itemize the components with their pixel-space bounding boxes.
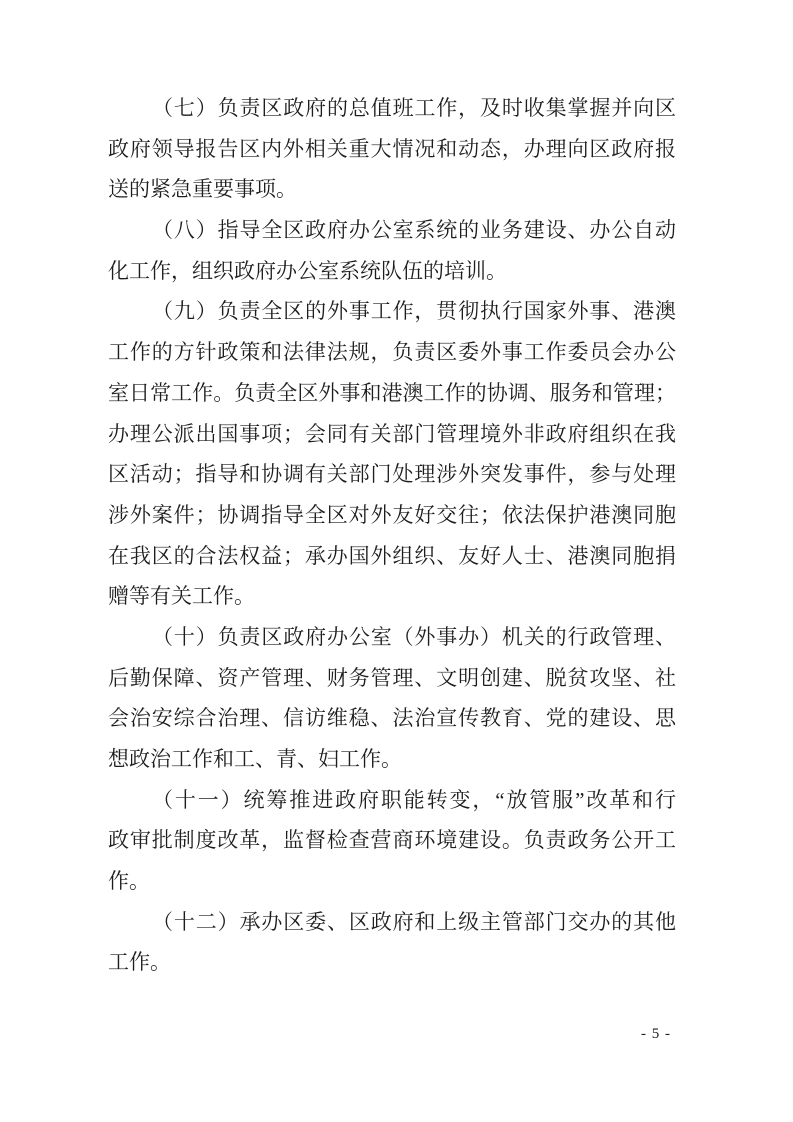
text-line: 作。: [108, 861, 676, 902]
text-line: 室日常工作。负责全区外事和港澳工作的协调、服务和管理；: [108, 373, 676, 414]
text-line: 送的紧急重要事项。: [108, 169, 676, 210]
page-number: - 5 -: [641, 1024, 671, 1044]
text-line: （十一）统筹推进政府职能转变，“放管服”改革和行: [108, 780, 676, 821]
text-line: 化工作，组织政府办公室系统队伍的培训。: [108, 251, 676, 292]
document-page: （七）负责区政府的总值班工作，及时收集掌握并向区 政府领导报告区内外相关重大情况…: [0, 0, 793, 1122]
text-line: （七）负责区政府的总值班工作，及时收集掌握并向区: [108, 88, 676, 129]
text-line: 区活动；指导和协调有关部门处理涉外突发事件，参与处理: [108, 454, 676, 495]
text-line: 工作的方针政策和法律法规，负责区委外事工作委员会办公: [108, 332, 676, 373]
document-body-text: （七）负责区政府的总值班工作，及时收集掌握并向区 政府领导报告区内外相关重大情况…: [108, 88, 676, 983]
paragraph: （十）负责区政府办公室（外事办）机关的行政管理、 后勤保障、资产管理、财务管理、…: [108, 617, 676, 780]
text-line: 政审批制度改革，监督检查营商环境建设。负责政务公开工: [108, 820, 676, 861]
text-line: 在我区的合法权益；承办国外组织、友好人士、港澳同胞捐: [108, 536, 676, 577]
paragraph: （十一）统筹推进政府职能转变，“放管服”改革和行 政审批制度改革，监督检查营商环…: [108, 780, 676, 902]
text-line: 想政治工作和工、青、妇工作。: [108, 739, 676, 780]
text-line: （九）负责全区的外事工作，贯彻执行国家外事、港澳: [108, 291, 676, 332]
text-line: 赠等有关工作。: [108, 576, 676, 617]
text-line: 涉外案件；协调指导全区对外友好交往；依法保护港澳同胞: [108, 495, 676, 536]
text-line: 工作。: [108, 942, 676, 983]
text-line: （十二）承办区委、区政府和上级主管部门交办的其他: [108, 902, 676, 943]
text-line: （八）指导全区政府办公室系统的业务建设、办公自动: [108, 210, 676, 251]
paragraph: （七）负责区政府的总值班工作，及时收集掌握并向区 政府领导报告区内外相关重大情况…: [108, 88, 676, 210]
text-line: 政府领导报告区内外相关重大情况和动态，办理向区政府报: [108, 129, 676, 170]
text-line: （十）负责区政府办公室（外事办）机关的行政管理、: [108, 617, 676, 658]
text-line: 办理公派出国事项；会同有关部门管理境外非政府组织在我: [108, 414, 676, 455]
paragraph: （十二）承办区委、区政府和上级主管部门交办的其他 工作。: [108, 902, 676, 983]
paragraph: （九）负责全区的外事工作，贯彻执行国家外事、港澳 工作的方针政策和法律法规，负责…: [108, 291, 676, 617]
text-line: 会治安综合治理、信访维稳、法治宣传教育、党的建设、思: [108, 698, 676, 739]
paragraph: （八）指导全区政府办公室系统的业务建设、办公自动 化工作，组织政府办公室系统队伍…: [108, 210, 676, 291]
text-line: 后勤保障、资产管理、财务管理、文明创建、脱贫攻坚、社: [108, 658, 676, 699]
